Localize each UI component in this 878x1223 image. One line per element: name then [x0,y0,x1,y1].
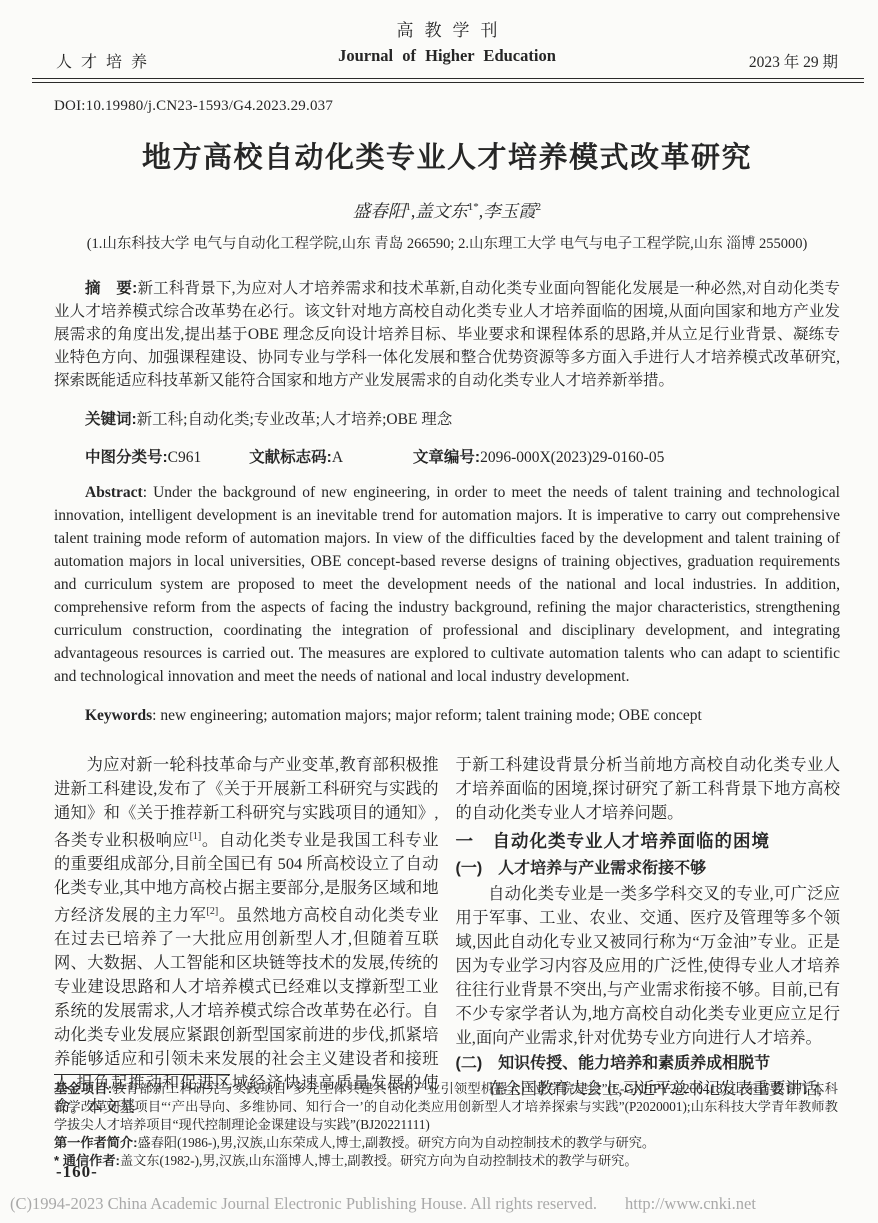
abstract-cn: 摘 要:新工科背景下,为应对人才培养需求和技术革新,自动化类专业面向智能化发展是… [54,277,840,392]
article-id: 文章编号:2096-000X(2023)29-0160-05 [413,449,664,466]
issue-label: 2023 年 29 期 [749,50,838,72]
column-label: 人才培养 [56,49,156,72]
right-column: 于新工科建设背景分析当前地方高校自动化类专业人才培养面临的困境,探讨研究了新工科… [456,753,841,1120]
header-rule [32,78,864,83]
keywords-en-label: Keywords [85,707,152,724]
abstract-en: Abstract: Under the background of new en… [54,481,840,688]
keywords-cn-label: 关键词: [85,411,137,428]
article-title: 地方高校自动化类专业人才培养模式改革研究 [54,135,840,176]
author-affil-mark: 1* [468,201,479,213]
citation-mark: [1] [190,831,202,842]
journal-title-en: Journal of Higher Education [54,46,840,66]
keywords-en: Keywords: new engineering; automation ma… [54,704,840,727]
cnki-url: http://www.cnki.net [625,1194,756,1213]
doi-line: DOI:10.19980/j.CN23-1593/G4.2023.29.037 [54,98,840,115]
clc-number: 中图分类号:C961 [85,449,201,466]
page-number: -160- [56,1162,98,1182]
author-name: 李玉霞 [483,201,536,221]
author-name: 盖文东 [415,201,468,221]
abstract-en-label: Abstract [85,484,143,501]
body-paragraph: 为应对新一轮科技革命与产业变革,教育部积极推进新工科建设,发布了《关于开展新工科… [54,753,439,1120]
subsection-heading-1: (一) 人才培养与产业需求衔接不够 [456,856,841,881]
journal-title-cn: 高教学刊 [54,16,840,41]
body-paragraph: 自动化类专业是一类多学科交叉的专业,可广泛应用于军事、工业、农业、交通、医疗及管… [456,882,841,1050]
first-author-note: 第一作者简介:盛春阳(1986-),男,汉族,山东荣成人,博士,副教授。研究方向… [54,1134,838,1152]
funding-note: 基金项目:教育部新工科研究与实践项目“多元主体共建共管的产业引领型机器人产业学院… [54,1080,838,1134]
author-affil-mark: 2 [536,201,542,213]
cnki-watermark: (C)1994-2023 China Academic Journal Elec… [10,1194,756,1214]
document-code: 文献标志码:A [249,449,343,466]
corresponding-author-note: * 通信作者:盖文东(1982-),男,汉族,山东淄博人,博士,副教授。研究方向… [54,1152,838,1170]
copyright-text: (C)1994-2023 China Academic Journal Elec… [10,1194,597,1213]
citation-mark: [2] [207,906,219,917]
section-heading-1: 一 自动化类专业人才培养面临的困境 [456,828,841,854]
subsection-heading-2: (二) 知识传授、能力培养和素质养成相脱节 [456,1051,841,1076]
author-name: 盛春阳 [353,201,406,221]
footnote-rule [54,1074,230,1075]
left-column: 为应对新一轮科技革命与产业变革,教育部积极推进新工科建设,发布了《关于开展新工科… [54,753,439,1120]
body-paragraph-continued: 于新工科建设背景分析当前地方高校自动化类专业人才培养面临的困境,探讨研究了新工科… [456,753,841,825]
journal-article-page: 高教学刊 Journal of Higher Education 人才培养 20… [0,0,878,1223]
affiliation-line: (1.山东科技大学 电气与自动化工程学院,山东 青岛 266590; 2.山东理… [54,232,840,253]
classification-line: 中图分类号:C961 文献标志码:A 文章编号:2096-000X(2023)2… [54,446,840,469]
page-header: 高教学刊 Journal of Higher Education 人才培养 20… [54,16,840,72]
author-line: 盛春阳1,盖文东1*,李玉霞2 [54,198,840,223]
body-columns: 为应对新一轮科技革命与产业变革,教育部积极推进新工科建设,发布了《关于开展新工科… [54,753,840,1120]
abstract-cn-label: 摘 要: [85,280,137,297]
footnote-block: 基金项目:教育部新工科研究与实践项目“多元主体共建共管的产业引领型机器人产业学院… [54,1074,838,1170]
keywords-cn: 关键词:新工科;自动化类;专业改革;人才培养;OBE 理念 [54,408,840,431]
